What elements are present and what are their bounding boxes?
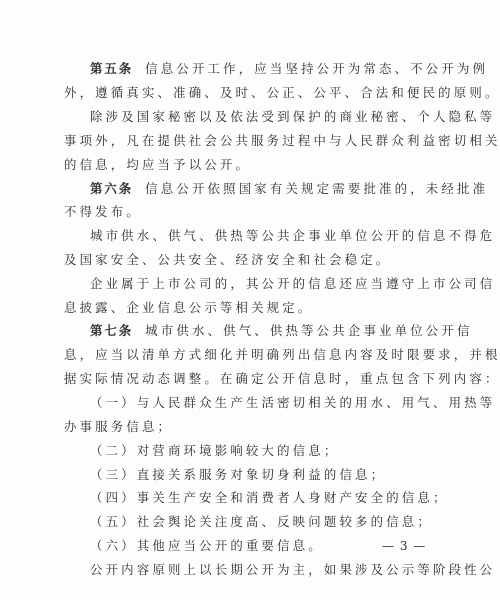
article-7-line-2: 息，应当以清单方式细化并明确列出信息内容及时限要求，并根 xyxy=(64,345,437,365)
article-5-para-2-line-2: 事项外，凡在提供社会公共服务过程中与人民群众利益密切相关 xyxy=(64,131,437,151)
list-item-1-line-2: 办事服务信息； xyxy=(64,417,437,437)
article-6-para-2-line-2: 及国家安全、公共安全、经济安全和社会稳定。 xyxy=(64,250,437,270)
article-5-line-2: 外，遵循真实、准确、及时、公正、公平、合法和便民的原则。 xyxy=(64,83,437,103)
article-5-para-2-line-1: 除涉及国家秘密以及依法受到保护的商业秘密、个人隐私等 xyxy=(90,107,437,127)
article-5-line-1: 第五条信息公开工作，应当坚持公开为常态、不公开为例 xyxy=(90,59,437,79)
article-6-line-1: 第六条信息公开依照国家有关规定需要批准的，未经批准 xyxy=(90,179,437,199)
list-item-4: （四）事关生产安全和消费者人身财产安全的信息； xyxy=(90,488,437,508)
article-7-final-line: 公开内容原则上以长期公开为主，如果涉及公示等阶段性公 xyxy=(90,560,437,580)
article-6-para-3-line-2: 息披露、企业信息公示等相关规定。 xyxy=(64,298,437,318)
list-item-2: （二）对营商环境影响较大的信息； xyxy=(90,441,437,461)
list-item-5: （五）社会舆论关注度高、反映问题较多的信息； xyxy=(90,512,437,532)
article-7-line-1: 第七条城市供水、供气、供热等公共企事业单位公开信 xyxy=(90,321,437,341)
document-page: 第五条信息公开工作，应当坚持公开为常态、不公开为例 外，遵循真实、准确、及时、公… xyxy=(0,0,500,600)
list-item-3: （三）直接关系服务对象切身利益的信息； xyxy=(90,465,437,485)
article-6-heading: 第六条 xyxy=(90,181,133,196)
article-6-line-2: 不得发布。 xyxy=(64,202,437,222)
article-6-para-3-line-1: 企业属于上市公司的，其公开的信息还应当遵守上市公司信 xyxy=(90,274,437,294)
article-6-para-2-line-1: 城市供水、供气、供热等公共企事业单位公开的信息不得危 xyxy=(90,226,437,246)
article-5-para-2-line-3: 的信息，均应当予以公开。 xyxy=(64,155,437,175)
article-7-heading: 第七条 xyxy=(90,323,133,338)
list-item-1-line-1: （一）与人民群众生产生活密切相关的用水、用气、用热等 xyxy=(90,393,437,413)
article-5-heading: 第五条 xyxy=(90,61,133,76)
page-number: — 3 — xyxy=(382,536,426,556)
article-7-line-3: 据实际情况动态调整。在确定公开信息时，重点包含下列内容： xyxy=(64,369,437,389)
